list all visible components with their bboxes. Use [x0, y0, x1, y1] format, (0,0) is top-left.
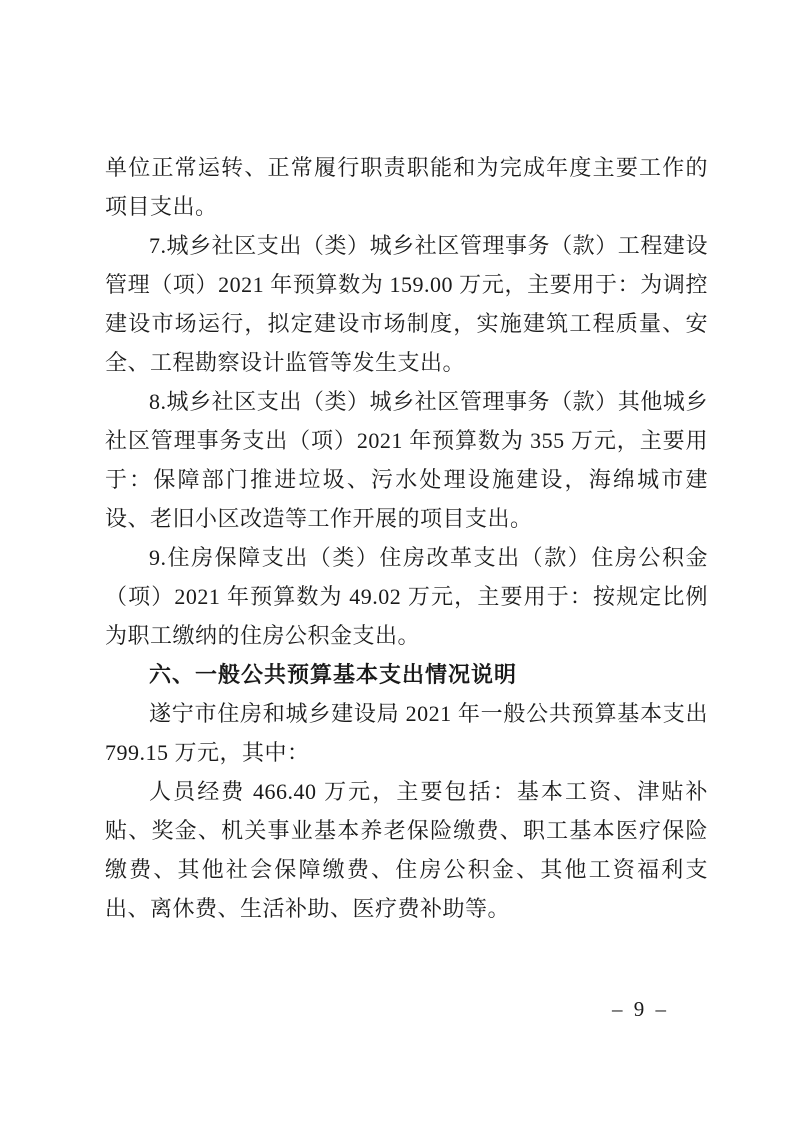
page-number: – 9 –	[612, 990, 669, 1029]
paragraph-continuation: 单位正常运转、正常履行职责职能和为完成年度主要工作的项目支出。	[105, 148, 708, 226]
section-heading-6: 六、一般公共预算基本支出情况说明	[105, 655, 708, 694]
paragraph-item-8: 8.城乡社区支出（类）城乡社区管理事务（款）其他城乡社区管理事务支出（项）202…	[105, 382, 708, 538]
document-page: 单位正常运转、正常履行职责职能和为完成年度主要工作的项目支出。 7.城乡社区支出…	[0, 0, 793, 1122]
paragraph-item-7: 7.城乡社区支出（类）城乡社区管理事务（款）工程建设管理（项）2021 年预算数…	[105, 226, 708, 382]
paragraph-basic-expenditure-total: 遂宁市住房和城乡建设局 2021 年一般公共预算基本支出 799.15 万元，其…	[105, 694, 708, 772]
document-body: 单位正常运转、正常履行职责职能和为完成年度主要工作的项目支出。 7.城乡社区支出…	[105, 148, 708, 928]
paragraph-personnel-expenses: 人员经费 466.40 万元，主要包括：基本工资、津贴补贴、奖金、机关事业基本养…	[105, 772, 708, 928]
paragraph-item-9: 9.住房保障支出（类）住房改革支出（款）住房公积金（项）2021 年预算数为 4…	[105, 538, 708, 655]
